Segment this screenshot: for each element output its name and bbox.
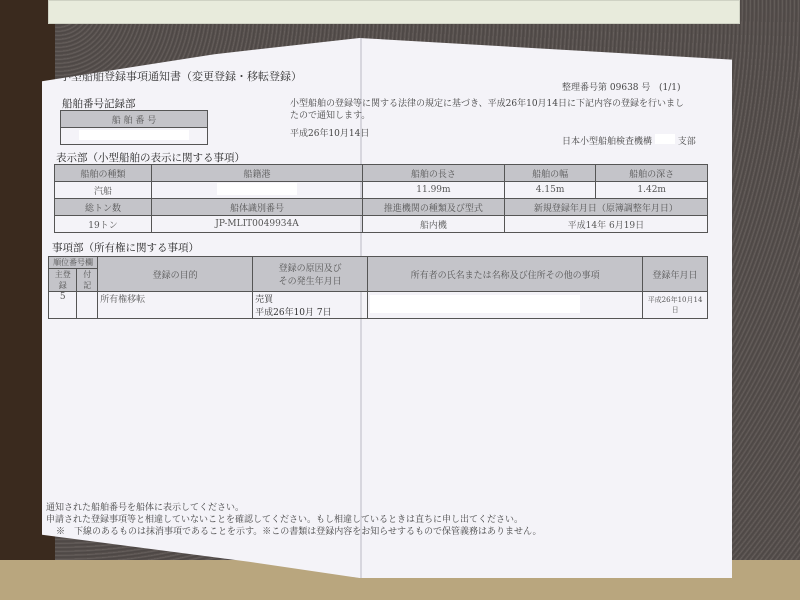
header-home-port: 船籍港 [152, 165, 363, 182]
redacted-ship-number [79, 130, 189, 140]
value-home-port [152, 182, 363, 199]
row-main: 5 [49, 292, 77, 319]
ship-number-heading: 船舶番号記録部 [62, 96, 136, 111]
header-cause: 登録の原因及び その発生年月日 [253, 257, 368, 292]
header-owner: 所有者の氏名または名称及び住所その他の事項 [368, 257, 643, 292]
header-supplementary: 付記 [77, 269, 98, 292]
header-length: 船舶の長さ [363, 165, 505, 182]
ownership-table: 順位番号欄 登録の目的 登録の原因及び その発生年月日 所有者の氏名または名称及… [48, 256, 708, 319]
redacted-branch [655, 134, 675, 144]
redacted-home-port [217, 183, 297, 195]
value-gross-tonnage: 19トン [55, 216, 152, 233]
value-depth: 1.42m [596, 182, 708, 199]
background-paper-sheet [48, 0, 740, 24]
value-engine-type: 船内機 [363, 216, 505, 233]
value-first-registration: 平成14年 6月19日 [504, 216, 707, 233]
header-gross-tonnage: 総トン数 [55, 199, 152, 216]
header-hull-id: 船体識別番号 [152, 199, 363, 216]
header-rank: 順位番号欄 [49, 257, 98, 269]
redacted-owner [370, 295, 580, 313]
footer-note-3: ※ 下線のあるものは抹消事項であることを示す。※この書類は登録内容をお知らせする… [56, 524, 542, 537]
row-sub [77, 292, 98, 319]
ship-number-header: 船 舶 番 号 [61, 111, 208, 128]
row-purpose: 所有権移転 [98, 292, 253, 319]
notice-text-line2: たので通知します。 [290, 108, 370, 121]
value-breadth: 4.15m [504, 182, 596, 199]
header-registration-date: 登録年月日 [643, 257, 708, 292]
header-ship-type: 船舶の種類 [55, 165, 152, 182]
header-purpose: 登録の目的 [98, 257, 253, 292]
header-depth: 船舶の深さ [596, 165, 708, 182]
header-engine-type: 推進機関の種類及び型式 [363, 199, 505, 216]
value-hull-id: JP-MLIT0049934A [152, 216, 363, 233]
header-breadth: 船舶の幅 [504, 165, 596, 182]
row-owner [368, 292, 643, 319]
value-length: 11.99m [363, 182, 505, 199]
row-registration-date: 平成26年10月14日 [643, 292, 708, 319]
ship-number-value [61, 128, 208, 145]
issuer: 日本小型船舶検査機構 支部 [562, 134, 696, 147]
header-main-registration: 主登録 [49, 269, 77, 292]
registration-notice-document: 小型船舶登録事項通知書（変更登録・移転登録） 整理番号第 09638 号 (1/… [42, 38, 732, 578]
value-ship-type: 汽船 [55, 182, 152, 199]
matters-section-heading: 事項部（所有権に関する事項） [52, 240, 199, 255]
display-section-heading: 表示部（小型船舶の表示に関する事項） [56, 150, 245, 165]
ship-number-table: 船 舶 番 号 [60, 110, 208, 145]
reference-number: 整理番号第 09638 号 (1/1) [562, 80, 681, 93]
header-first-registration: 新規登録年月日（原簿調整年月日） [504, 199, 707, 216]
table-row: 5 所有権移転 売買 平成26年10月 7日 平成26年10月14日 [49, 292, 708, 319]
issue-date: 平成26年10月14日 [290, 126, 369, 139]
display-table: 船舶の種類 船籍港 船舶の長さ 船舶の幅 船舶の深さ 汽船 11.99m 4.1… [54, 164, 708, 233]
row-cause: 売買 平成26年10月 7日 [253, 292, 368, 319]
